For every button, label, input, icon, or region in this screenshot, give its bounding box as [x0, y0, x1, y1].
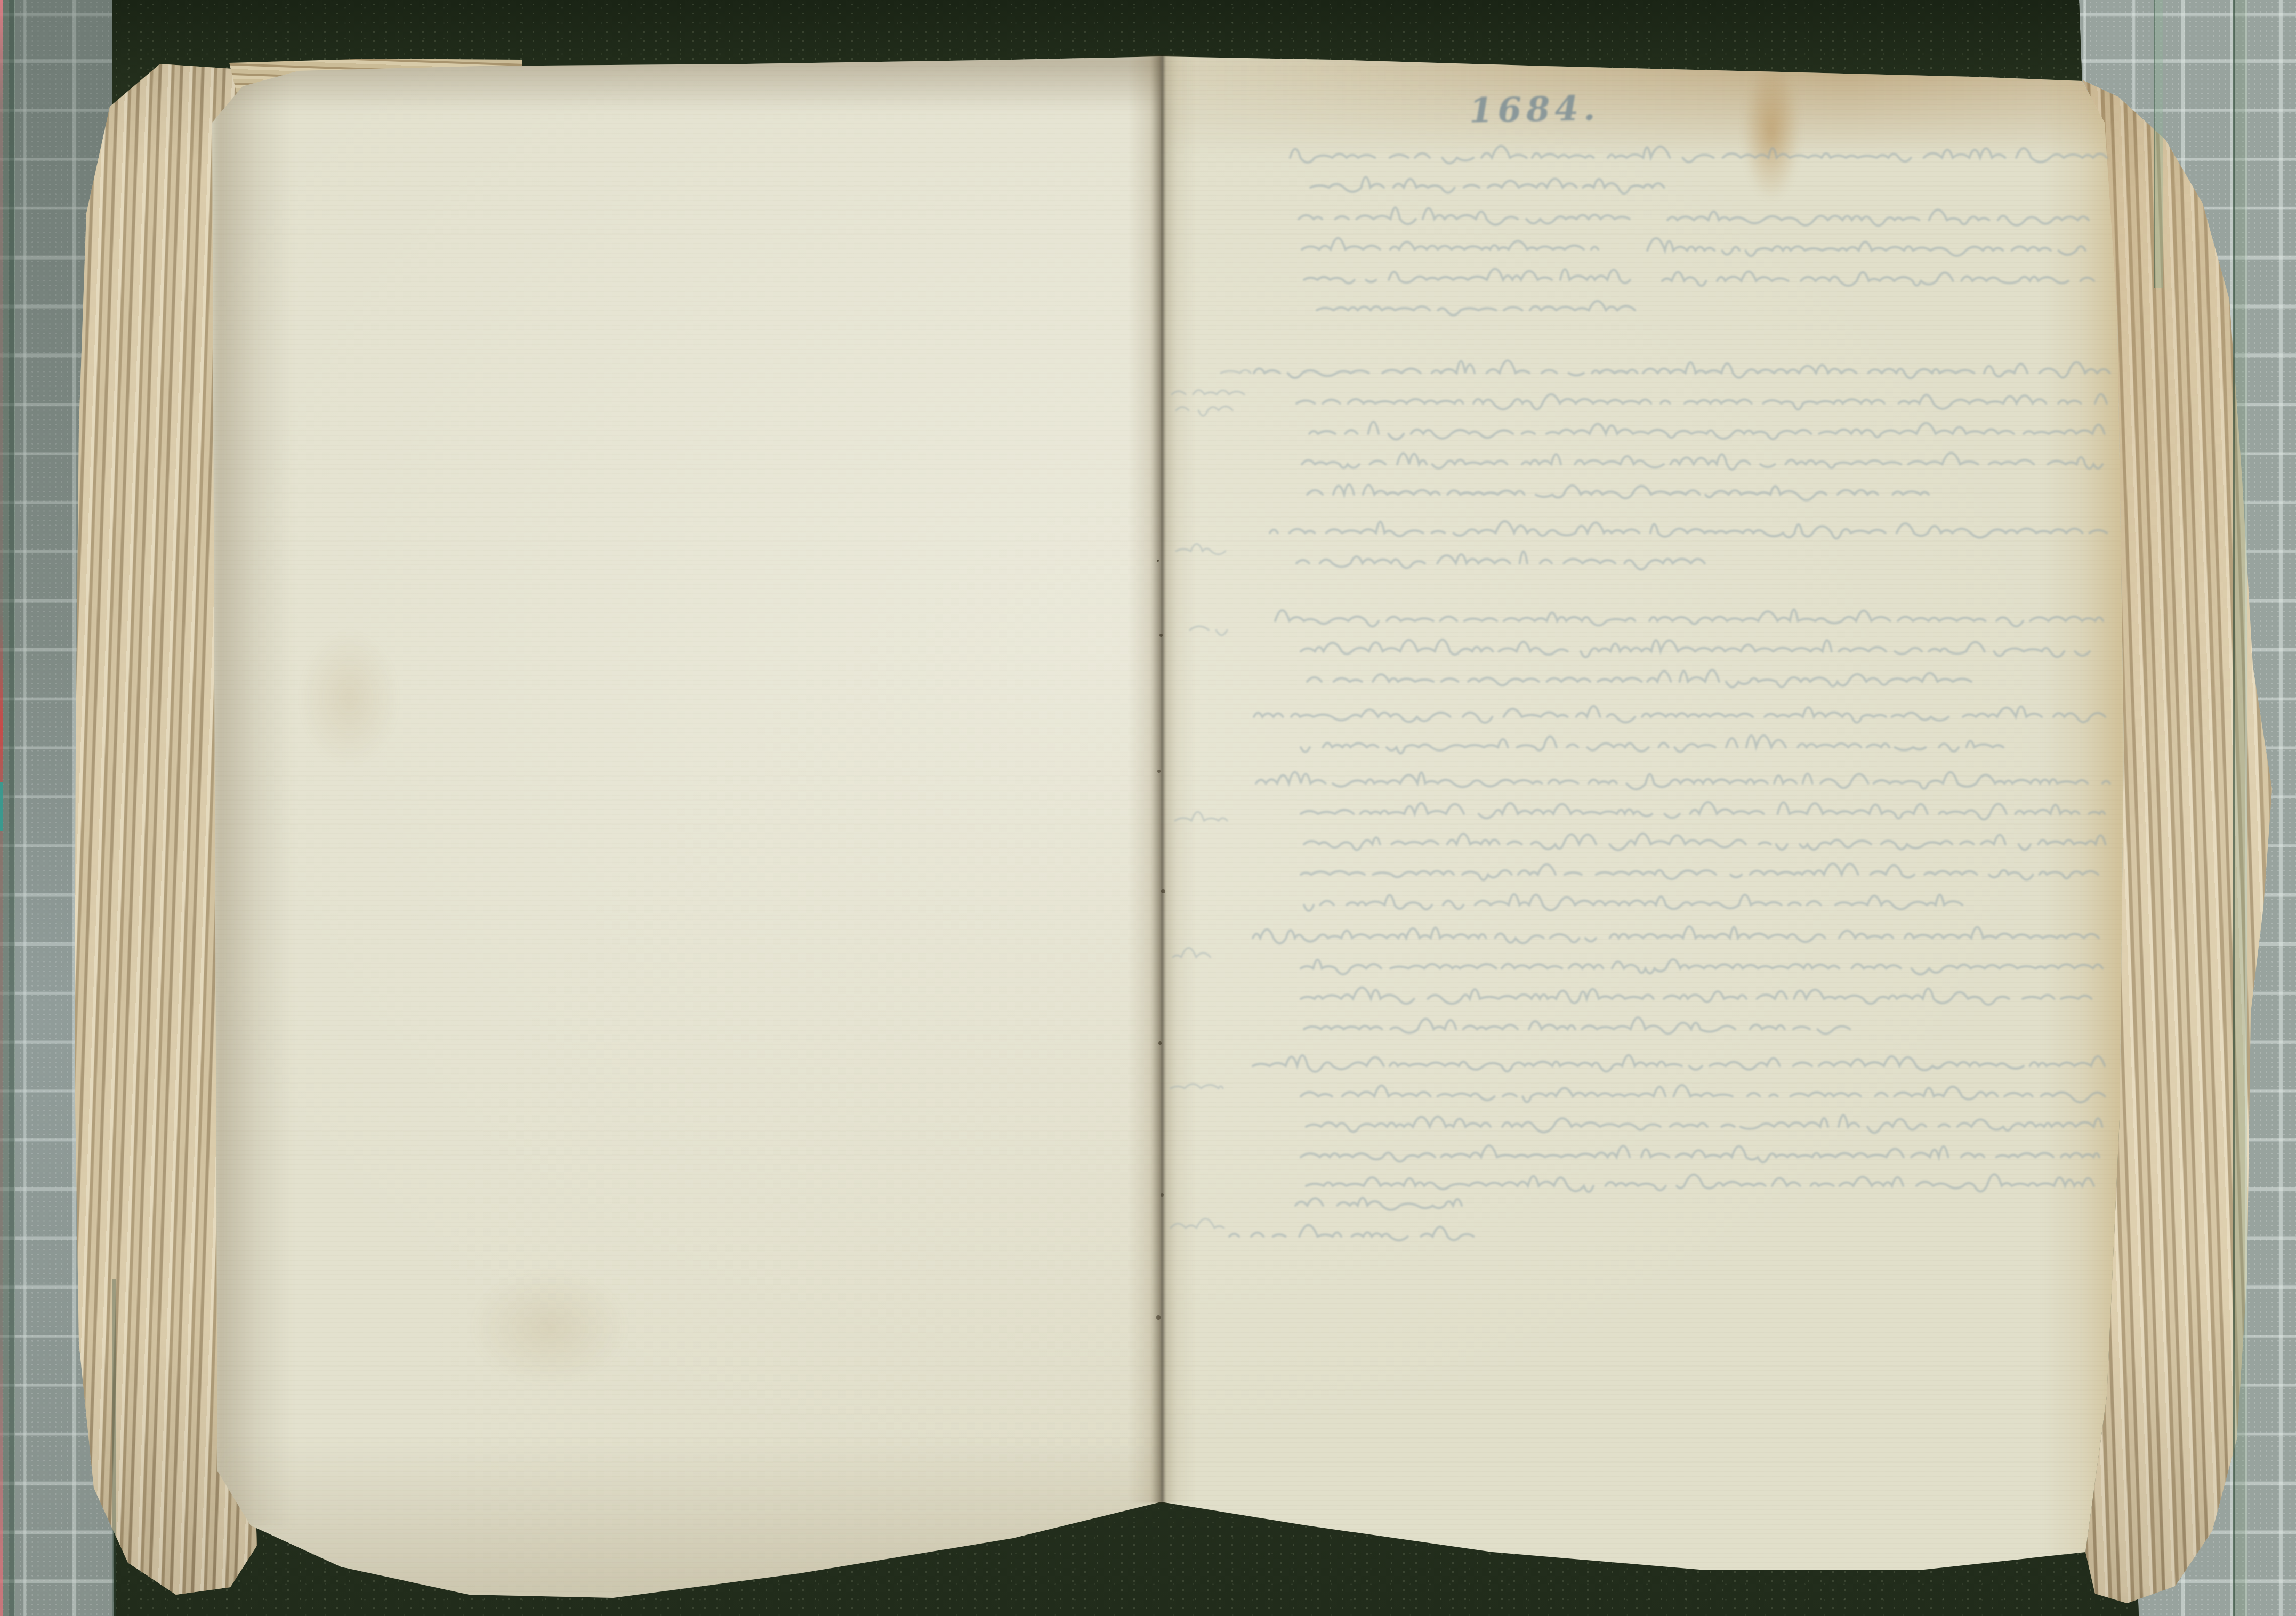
glass-plate-edge-left	[9, 0, 15, 1616]
glass-plate-edge-right	[2233, 0, 2247, 1616]
book-gutter	[1129, 55, 1196, 1503]
year-heading: 1684.	[1469, 88, 1600, 131]
left-page-stain	[469, 1268, 629, 1386]
film-edge-teal-mark	[0, 782, 3, 831]
left-page-inner-shadow	[212, 56, 292, 1528]
left-page-stain	[299, 629, 400, 767]
glass-plate-edge-left-bottom	[112, 1279, 116, 1616]
gutter-specks	[1157, 560, 1159, 562]
right-page-rust-stain	[1742, 63, 1801, 201]
archival-photograph: 1684.	[0, 0, 2296, 1616]
glass-plate-edge-top-right	[2154, 0, 2163, 288]
